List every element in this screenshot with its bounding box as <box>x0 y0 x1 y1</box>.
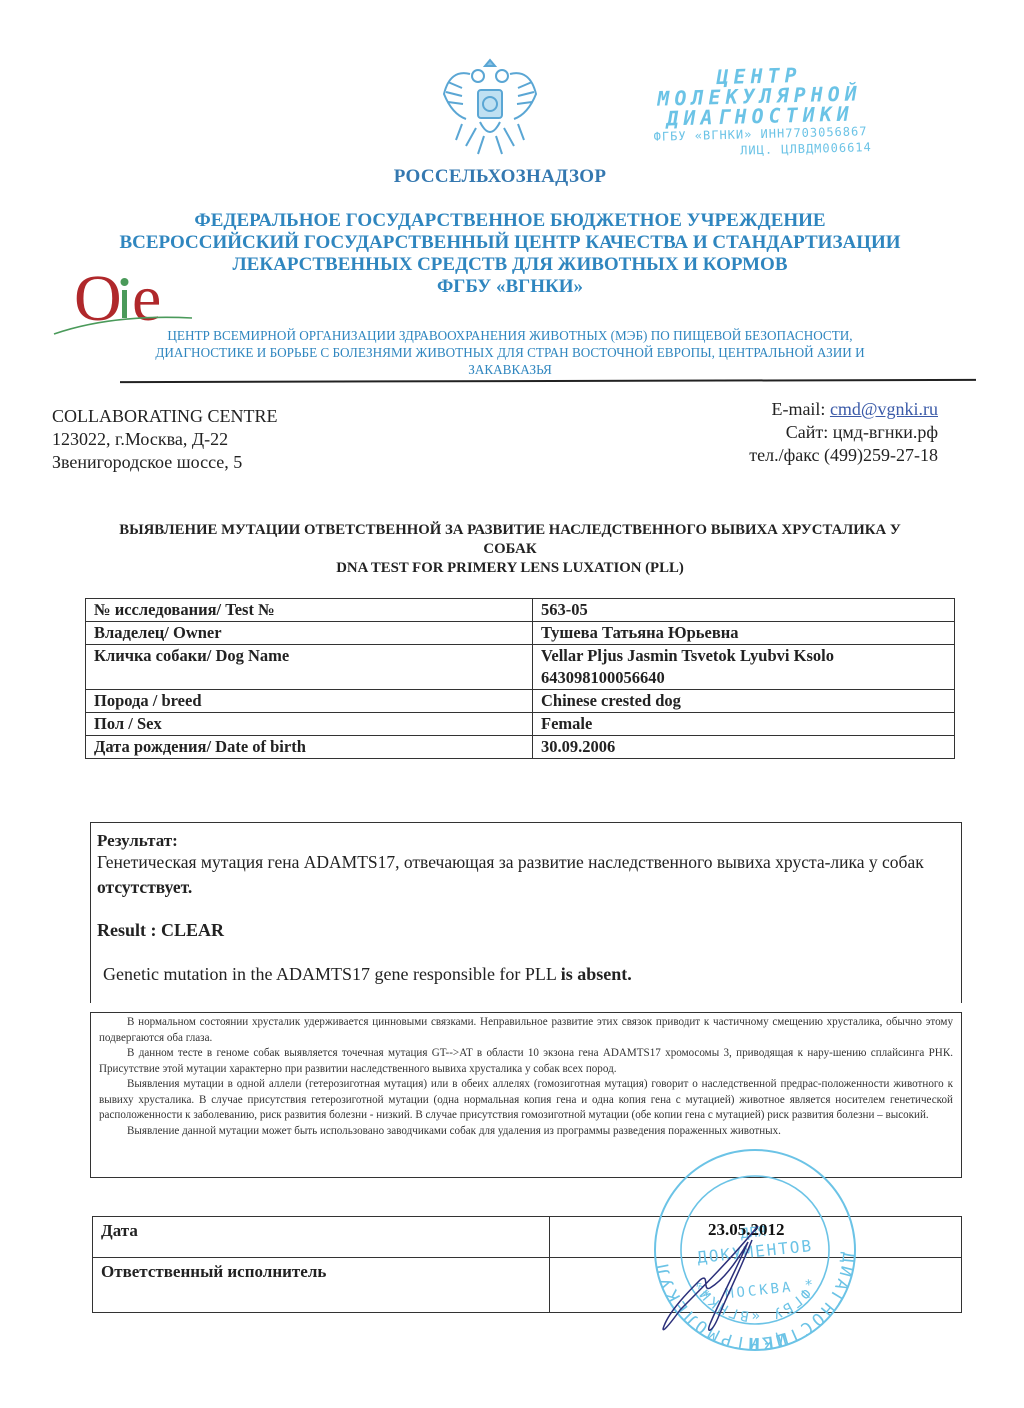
table-row: Пол / SexFemale <box>86 713 955 736</box>
row-label: Пол / Sex <box>86 713 533 736</box>
test-title-en: DNA TEST FOR PRIMERY LENS LUXATION (PLL) <box>40 559 980 578</box>
molecular-diagnostics-stamp: ЦЕНТР МОЛЕКУЛЯРНОЙ ДИАГНОСТИКИ ФГБУ «ВГН… <box>619 62 901 161</box>
institution-line: ВСЕРОССИЙСКИЙ ГОСУДАРСТВЕННЫЙ ЦЕНТР КАЧЕ… <box>60 232 960 254</box>
table-row: Дата рождения/ Date of birth30.09.2006 <box>86 736 955 759</box>
description-line: ЦЕНТР ВСЕМИРНОЙ ОРГАНИЗАЦИИ ЗДРАВООХРАНЕ… <box>70 327 950 344</box>
result-text-en: Genetic mutation in the ADAMTS17 gene re… <box>103 964 632 985</box>
description-line: ДИАГНОСТИКЕ И БОРЬБЕ С БОЛЕЗНЯМИ ЖИВОТНЫ… <box>70 344 950 361</box>
header-divider <box>120 379 976 383</box>
table-row: Владелец/ OwnerТушева Татьяна Юрьевна <box>86 622 955 645</box>
date-label: Дата <box>93 1217 550 1258</box>
test-number: 563-05 <box>533 599 955 622</box>
result-text-en-body: Genetic mutation in the ADAMTS17 gene re… <box>103 964 561 984</box>
collaborating-centre: COLLABORATING CENTRE <box>52 405 278 428</box>
svg-text:O: O <box>74 262 122 335</box>
result-section: Результат: Генетическая мутация гена ADA… <box>90 822 962 1003</box>
breed: Chinese crested dog <box>533 690 955 713</box>
table-row: Порода / breedChinese crested dog <box>86 690 955 713</box>
email-label: E-mail: <box>771 399 829 419</box>
responsible-label: Ответственный исполнитель <box>93 1258 550 1313</box>
website: Сайт: цмд-вгнки.рф <box>600 421 938 444</box>
dog-info-table: № исследования/ Test №563-05 Владелец/ O… <box>85 598 955 759</box>
street-address: Звенигородское шоссе, 5 <box>52 451 278 474</box>
oie-logo-icon: O e <box>52 262 202 336</box>
row-label: Кличка собаки/ Dog Name <box>86 645 533 690</box>
russian-eagle-emblem-icon <box>440 52 540 162</box>
table-row: Кличка собаки/ Dog Name Vellar Pljus Jas… <box>86 645 955 690</box>
contact-block: E-mail: cmd@vgnki.ru Сайт: цмд-вгнки.рф … <box>600 398 938 467</box>
dog-name: Vellar Pljus Jasmin Tsvetok Lyubvi Ksolo <box>541 645 946 667</box>
chip-number: 643098100056640 <box>541 667 946 689</box>
result-title: Результат: <box>97 831 178 851</box>
svg-text:e: e <box>132 262 161 335</box>
institution-line: ФЕДЕРАЛЬНОЕ ГОСУДАРСТВЕННОЕ БЮДЖЕТНОЕ УЧ… <box>60 210 960 232</box>
phone-fax: тел./факс (499)259-27-18 <box>600 444 938 467</box>
table-row: № исследования/ Test №563-05 <box>86 599 955 622</box>
dog-name-cell: Vellar Pljus Jasmin Tsvetok Lyubvi Ksolo… <box>533 645 955 690</box>
result-verdict-en: is absent. <box>561 964 632 984</box>
result-clear: Result : CLEAR <box>97 920 224 941</box>
explanation-paragraph: В данном тесте в геноме собак выявляется… <box>91 1046 961 1077</box>
test-title-ru: ВЫЯВЛЕНИЕ МУТАЦИИ ОТВЕТСТВЕННОЙ ЗА РАЗВИ… <box>40 521 980 540</box>
explanation-paragraph: Выявления мутации в одной аллели (гетеро… <box>91 1077 961 1124</box>
agency-name: РОССЕЛЬХОЗНАДЗОР <box>380 166 620 188</box>
owner-name: Тушева Татьяна Юрьевна <box>533 622 955 645</box>
test-title-ru-cont: СОБАК <box>40 540 980 559</box>
row-label: Порода / breed <box>86 690 533 713</box>
row-label: Дата рождения/ Date of birth <box>86 736 533 759</box>
explanation-paragraph: Выявление данной мутации может быть испо… <box>91 1124 961 1140</box>
date-of-birth: 30.09.2006 <box>533 736 955 759</box>
description-line: ЗАКАВКАЗЬЯ <box>70 361 950 378</box>
oie-centre-description: ЦЕНТР ВСЕМИРНОЙ ОРГАНИЗАЦИИ ЗДРАВООХРАНЕ… <box>70 327 950 378</box>
row-label: № исследования/ Test № <box>86 599 533 622</box>
explanation-paragraph: В нормальном состоянии хрусталик удержив… <box>91 1015 961 1046</box>
row-label: Владелец/ Owner <box>86 622 533 645</box>
sex: Female <box>533 713 955 736</box>
postal-address: 123022, г.Москва, Д-22 <box>52 428 278 451</box>
result-verdict-ru: отсутствует. <box>97 877 192 897</box>
result-text-ru: Генетическая мутация гена ADAMTS17, отве… <box>97 850 955 900</box>
email-link[interactable]: cmd@vgnki.ru <box>830 399 938 419</box>
signature-icon <box>640 1200 780 1340</box>
result-text-ru-body: Генетическая мутация гена ADAMTS17, отве… <box>97 852 924 872</box>
test-title: ВЫЯВЛЕНИЕ МУТАЦИИ ОТВЕТСТВЕННОЙ ЗА РАЗВИ… <box>40 521 980 578</box>
address-block: COLLABORATING CENTRE 123022, г.Москва, Д… <box>52 405 278 474</box>
